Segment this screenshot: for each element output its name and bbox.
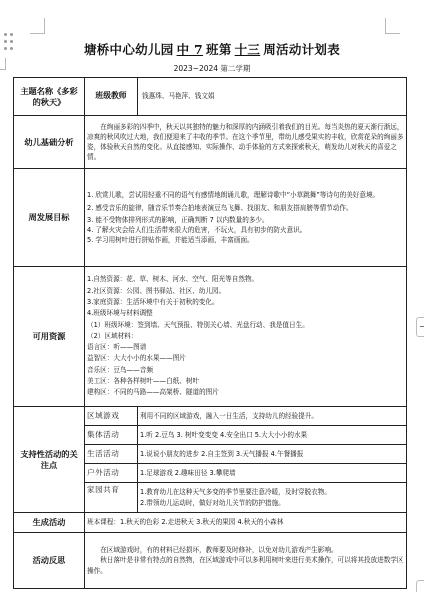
support-item-content: 利用不同的区域游戏，融入一日生活，支持幼儿的经验提升。 xyxy=(138,407,407,426)
teacher-names: 钱惠珠、马艳萍、钱文娟 xyxy=(138,78,407,116)
theme-row: 主题名称《多彩的秋天》 班级教师 钱惠珠、马艳萍、钱文娟 xyxy=(14,78,407,116)
weekly-plan-table: 主题名称《多彩的秋天》 班级教师 钱惠珠、马艳萍、钱文娟 幼儿基础分析 在绚丽多… xyxy=(13,77,407,589)
page-margin-corner-top-right xyxy=(385,18,400,34)
resource-item: 建构区：不同的马路——高架桥、隧道的图片 xyxy=(87,387,404,398)
goals-list: 1. 欣赏儿歌，尝试用轻重不同的语气有感情地朗诵儿歌，理解诗歌中“小草跳舞”等诗… xyxy=(85,169,407,267)
resource-item: 美工区：各种各样树叶——白纸、树叶 xyxy=(87,376,404,387)
support-item-content: 1.教育幼儿在这种天气多变的季节里要注意冷暖，及时穿脱衣物。 2.带领幼儿运动时… xyxy=(138,483,407,513)
generated-row: 生成活动 班本课程：1.秋天的色彩 2.走进秋天 3.秋天的果园 4.秋天的小森… xyxy=(14,513,407,533)
goal-item: 2. 感受音乐的旋律，随音乐节奏合拍地表演豆鸟飞舞、找朋友、和朋友搭肩膀等情节动… xyxy=(87,202,404,215)
reflection-paragraph: 在区域游戏时，有的材料已经损坏，教师要及时修补，以免对幼儿游戏产生影响。 xyxy=(87,545,404,555)
support-item-content: 1.说说小朋友的进步 2.自主签到 3.天气播报 4.午餐播报 xyxy=(138,445,407,464)
support-label: 支持性活动的关注点 xyxy=(14,407,85,513)
goals-row: 周发展目标 1. 欣赏儿歌，尝试用轻重不同的语气有感情地朗诵儿歌，理解诗歌中“小… xyxy=(14,169,407,267)
side-panel-toggle-bottom[interactable] xyxy=(416,580,424,592)
resource-item: 1.自然资源：花、草、树木、河水、空气、阳光等自然物。 xyxy=(87,274,404,285)
reflection-label: 活动反思 xyxy=(14,533,85,589)
goal-item: 1. 欣赏儿歌，尝试用轻重不同的语气有感情地朗诵儿歌，理解诗歌中“小草跳舞”等诗… xyxy=(87,189,404,202)
class-name: 中 7 xyxy=(174,42,206,57)
home-school-item: 2.带领幼儿运动时，做好对幼儿关节的防护措施。 xyxy=(140,498,404,508)
resources-row: 可用资源 1.自然资源：花、草、树木、河水、空气、阳光等自然物。 2.社区资源：… xyxy=(14,267,407,407)
side-panel-toggle[interactable] xyxy=(416,317,424,337)
school-name: 塘桥中心幼儿园 xyxy=(84,42,174,57)
generated-text: 班本课程：1.秋天的色彩 2.走进秋天 3.秋天的果园 4.秋天的小森林 xyxy=(85,513,407,533)
reflection-text-cell: 在区域游戏时，有的材料已经损坏，教师要及时修补，以免对幼儿游戏产生影响。 秋日落… xyxy=(85,533,407,589)
resource-item: 3.家庭资源：生活环境中有关于初秋的变化。 xyxy=(87,297,404,308)
resource-item: 益智区：大大小小的水果——图片 xyxy=(87,353,404,364)
page-title: 塘桥中心幼儿园中 7班第十三周活动计划表 xyxy=(0,40,424,58)
support-item-name: 区域游戏 xyxy=(85,407,138,426)
page-margin-corner-top-left xyxy=(30,18,45,34)
teacher-label: 班级教师 xyxy=(85,78,138,116)
analysis-label: 幼儿基础分析 xyxy=(14,116,85,169)
goal-item: 5. 学习用树叶进行拼贴作画，并能适当添画，丰富画面。 xyxy=(87,235,404,245)
support-item-name: 家园共育 xyxy=(85,483,138,513)
support-item-name: 户外活动 xyxy=(85,464,138,483)
goal-item: 3. 能不受物体排列形式的影响，正确判断 7 以内数量的多少。 xyxy=(87,215,404,225)
resource-item: 4.班级环境与材料调整 xyxy=(87,308,404,319)
goals-label: 周发展目标 xyxy=(14,169,85,267)
analysis-text-cell: 在绚丽多彩的四季中，秋天以其独特的魅力和深厚的内涵吸引着我们的目光。每当炎热的夏… xyxy=(85,116,407,169)
resource-item: （1）班级环境：签到墙、天气预报、特别关心墙、光盘行动、我是值日生。 xyxy=(87,320,404,331)
reflection-row: 活动反思 在区域游戏时，有的材料已经损坏，教师要及时修补，以免对幼儿游戏产生影响… xyxy=(14,533,407,589)
minus-icon xyxy=(420,326,424,327)
title-suffix: 周活动计划表 xyxy=(263,42,340,57)
resource-item: （2）区域材料： xyxy=(87,331,404,342)
goal-item: 4. 了解火灾会给人们生活带来很大的危害，不玩火，具有初步的防火意识。 xyxy=(87,225,404,235)
support-item-content: 1.足球游戏 2.趣味田径 3.攀爬墙 xyxy=(138,464,407,483)
generated-label: 生成活动 xyxy=(14,513,85,533)
reflection-paragraph: 秋日落叶是非常有特点的自然物，在区域游戏中可以多利用树叶来进行美术操作，可以将其… xyxy=(87,555,404,575)
support-item-content: 1.听 2.豆鸟 3. 树叶变变变 4.安全出口 5.大大小小的水果 xyxy=(138,426,407,445)
analysis-text: 在绚丽多彩的四季中，秋天以其独特的魅力和深厚的内涵吸引着我们的目光。每当炎热的夏… xyxy=(87,122,404,163)
resource-item: 语言区：听——图谱 xyxy=(87,342,404,353)
week-number: 十三 xyxy=(232,42,264,57)
analysis-row: 幼儿基础分析 在绚丽多彩的四季中，秋天以其独特的魅力和深厚的内涵吸引着我们的目光… xyxy=(14,116,407,169)
home-school-item: 1.教育幼儿在这种天气多变的季节里要注意冷暖，及时穿脱衣物。 xyxy=(140,487,404,497)
class-suffix: 班第 xyxy=(206,42,232,57)
resources-label: 可用资源 xyxy=(14,267,85,407)
resource-item: 音乐区：豆鸟——音频 xyxy=(87,365,404,376)
resource-item: 2.社区资源：公园、图书驿站、社区、幼儿园。 xyxy=(87,286,404,297)
theme-label: 主题名称《多彩的秋天》 xyxy=(14,78,85,116)
support-row-area-games: 支持性活动的关注点 区域游戏 利用不同的区域游戏，融入一日生活，支持幼儿的经验提… xyxy=(14,407,407,426)
support-item-name: 生活活动 xyxy=(85,445,138,464)
support-item-name: 集体活动 xyxy=(85,426,138,445)
semester-subtitle: 2023~2024 第二学期 xyxy=(0,63,424,74)
resources-list: 1.自然资源：花、草、树木、河水、空气、阳光等自然物。 2.社区资源：公园、图书… xyxy=(85,267,407,407)
